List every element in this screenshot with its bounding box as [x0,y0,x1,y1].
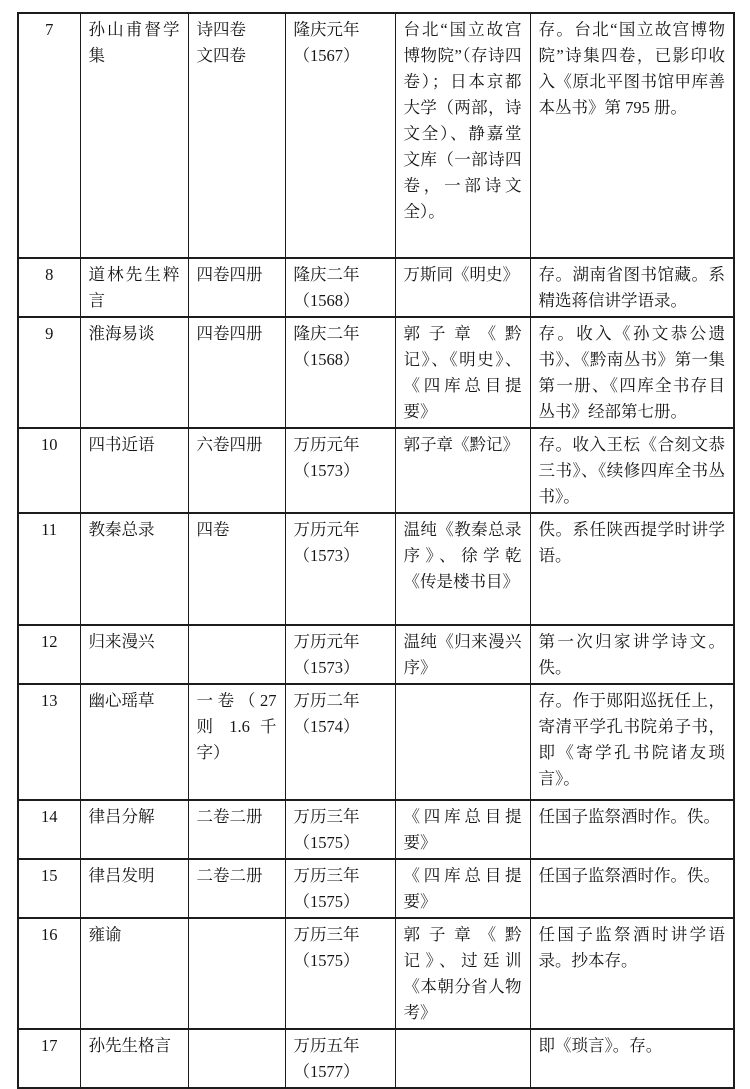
table-row: 8 道林先生粹言 四卷四册 隆庆二年 （1568） 万斯同《明史》 存。湖南省图… [18,258,734,317]
row-number: 15 [18,859,80,918]
row-number: 10 [18,428,80,513]
works-table-body: 7 孙山甫督学集 诗四卷 文四卷 隆庆元年 （1567） 台北“国立故宫博物院”… [18,13,734,1088]
status-notes: 即《琐言》。存。 [530,1029,734,1088]
status-notes: 第一次归家讲学诗文。佚。 [530,625,734,684]
composition-year: 万历二年 （1574） [285,684,395,800]
composition-year: 隆庆二年 （1568） [285,317,395,428]
work-title: 教秦总录 [80,513,188,625]
work-title: 孙先生格言 [80,1029,188,1088]
composition-year: 万历元年 （1573） [285,428,395,513]
volume-count: 四卷四册 [188,258,285,317]
source-references: 温纯《归来漫兴序》 [395,625,530,684]
work-title: 孙山甫督学集 [80,13,188,258]
table-row: 12 归来漫兴 万历元年 （1573） 温纯《归来漫兴序》 第一次归家讲学诗文。… [18,625,734,684]
table-row: 11 教秦总录 四卷 万历元年 （1573） 温纯《教秦总录序》、徐学乾《传是楼… [18,513,734,625]
source-references: 万斯同《明史》 [395,258,530,317]
table-row: 10 四书近语 六卷四册 万历元年 （1573） 郭子章《黔记》 存。收入王枟《… [18,428,734,513]
composition-year: 万历元年 （1573） [285,625,395,684]
row-number: 14 [18,800,80,859]
status-notes: 任国子监祭酒时作。佚。 [530,859,734,918]
row-number: 12 [18,625,80,684]
source-references: 台北“国立故宫博物院”（存诗四卷）；日本京都大学（两部，诗文全）、静嘉堂文库（一… [395,13,530,258]
status-notes: 任国子监祭酒时作。佚。 [530,800,734,859]
composition-year: 万历五年 （1577） [285,1029,395,1088]
source-references: 温纯《教秦总录序》、徐学乾《传是楼书目》 [395,513,530,625]
composition-year: 万历元年 （1573） [285,513,395,625]
volume-count: 四卷四册 [188,317,285,428]
row-number: 7 [18,13,80,258]
table-row: 17 孙先生格言 万历五年 （1577） 即《琐言》。存。 [18,1029,734,1088]
volume-count: 一卷（27 则 1.6 千字） [188,684,285,800]
volume-count: 四卷 [188,513,285,625]
table-row: 9 淮海易谈 四卷四册 隆庆二年 （1568） 郭子章《黔记》、《明史》、《四库… [18,317,734,428]
document-page: 7 孙山甫督学集 诗四卷 文四卷 隆庆元年 （1567） 台北“国立故宫博物院”… [0,0,750,1052]
table-row: 16 雍谕 万历三年 （1575） 郭子章《黔记》、过廷训《本朝分省人物考》 任… [18,918,734,1029]
work-title: 归来漫兴 [80,625,188,684]
volume-count [188,625,285,684]
composition-year: 万历三年 （1575） [285,859,395,918]
table-row: 14 律吕分解 二卷二册 万历三年 （1575） 《四库总目提要》 任国子监祭酒… [18,800,734,859]
table-row: 7 孙山甫督学集 诗四卷 文四卷 隆庆元年 （1567） 台北“国立故宫博物院”… [18,13,734,258]
volume-count [188,918,285,1029]
works-table: 7 孙山甫督学集 诗四卷 文四卷 隆庆元年 （1567） 台北“国立故宫博物院”… [17,12,735,1089]
row-number: 17 [18,1029,80,1088]
table-row: 13 幽心瑶草 一卷（27 则 1.6 千字） 万历二年 （1574） 存。作于… [18,684,734,800]
status-notes: 存。作于郧阳巡抚任上，寄清平学孔书院弟子书，即《寄学孔书院诸友琐言》。 [530,684,734,800]
status-notes: 佚。系任陕西提学时讲学语。 [530,513,734,625]
source-references [395,684,530,800]
status-notes: 存。收入《孙文恭公遗书》、《黔南丛书》第一集第一册、《四库全书存目丛书》经部第七… [530,317,734,428]
row-number: 9 [18,317,80,428]
source-references: 郭子章《黔记》 [395,428,530,513]
composition-year: 万历三年 （1575） [285,800,395,859]
volume-count [188,1029,285,1088]
volume-count: 二卷二册 [188,859,285,918]
volume-count: 六卷四册 [188,428,285,513]
composition-year: 隆庆元年 （1567） [285,13,395,258]
composition-year: 隆庆二年 （1568） [285,258,395,317]
row-number: 8 [18,258,80,317]
source-references [395,1029,530,1088]
work-title: 幽心瑶草 [80,684,188,800]
work-title: 四书近语 [80,428,188,513]
volume-count: 二卷二册 [188,800,285,859]
work-title: 道林先生粹言 [80,258,188,317]
status-notes: 存。台北“国立故宫博物院”诗集四卷，已影印收入《原北平图书馆甲库善本丛书》第 7… [530,13,734,258]
volume-count: 诗四卷 文四卷 [188,13,285,258]
work-title: 淮海易谈 [80,317,188,428]
source-references: 《四库总目提要》 [395,800,530,859]
status-notes: 存。收入王枟《合刻文恭三书》、《续修四库全书丛书》。 [530,428,734,513]
work-title: 律吕分解 [80,800,188,859]
row-number: 11 [18,513,80,625]
status-notes: 存。湖南省图书馆藏。系精选蒋信讲学语录。 [530,258,734,317]
row-number: 13 [18,684,80,800]
source-references: 郭子章《黔记》、《明史》、《四库总目提要》 [395,317,530,428]
work-title: 律吕发明 [80,859,188,918]
status-notes: 任国子监祭酒时讲学语录。抄本存。 [530,918,734,1029]
source-references: 《四库总目提要》 [395,859,530,918]
row-number: 16 [18,918,80,1029]
composition-year: 万历三年 （1575） [285,918,395,1029]
work-title: 雍谕 [80,918,188,1029]
table-row: 15 律吕发明 二卷二册 万历三年 （1575） 《四库总目提要》 任国子监祭酒… [18,859,734,918]
source-references: 郭子章《黔记》、过廷训《本朝分省人物考》 [395,918,530,1029]
